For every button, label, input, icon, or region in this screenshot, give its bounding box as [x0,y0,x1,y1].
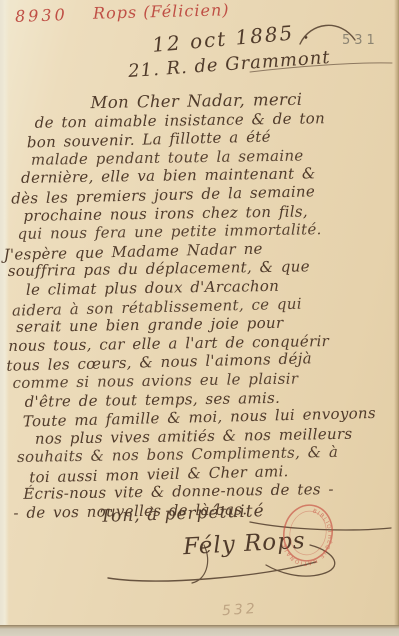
signature: Fély Rops [182,528,306,560]
letter-body: Mon Cher Nadar, merci de ton aimable ins… [0,91,399,521]
author-label: Rops (Félicien) [93,0,230,23]
valediction: Ton, à perpétuité [100,501,265,527]
archive-number: 8930 [15,5,68,26]
page-edge-bottom [0,626,399,636]
letter-page: 8930 Rops (Félicien) 531 12 oct 1885 . 2… [0,0,399,636]
folio-number-bottom: 532 [221,601,258,619]
folio-number-top: 531 [342,33,379,48]
